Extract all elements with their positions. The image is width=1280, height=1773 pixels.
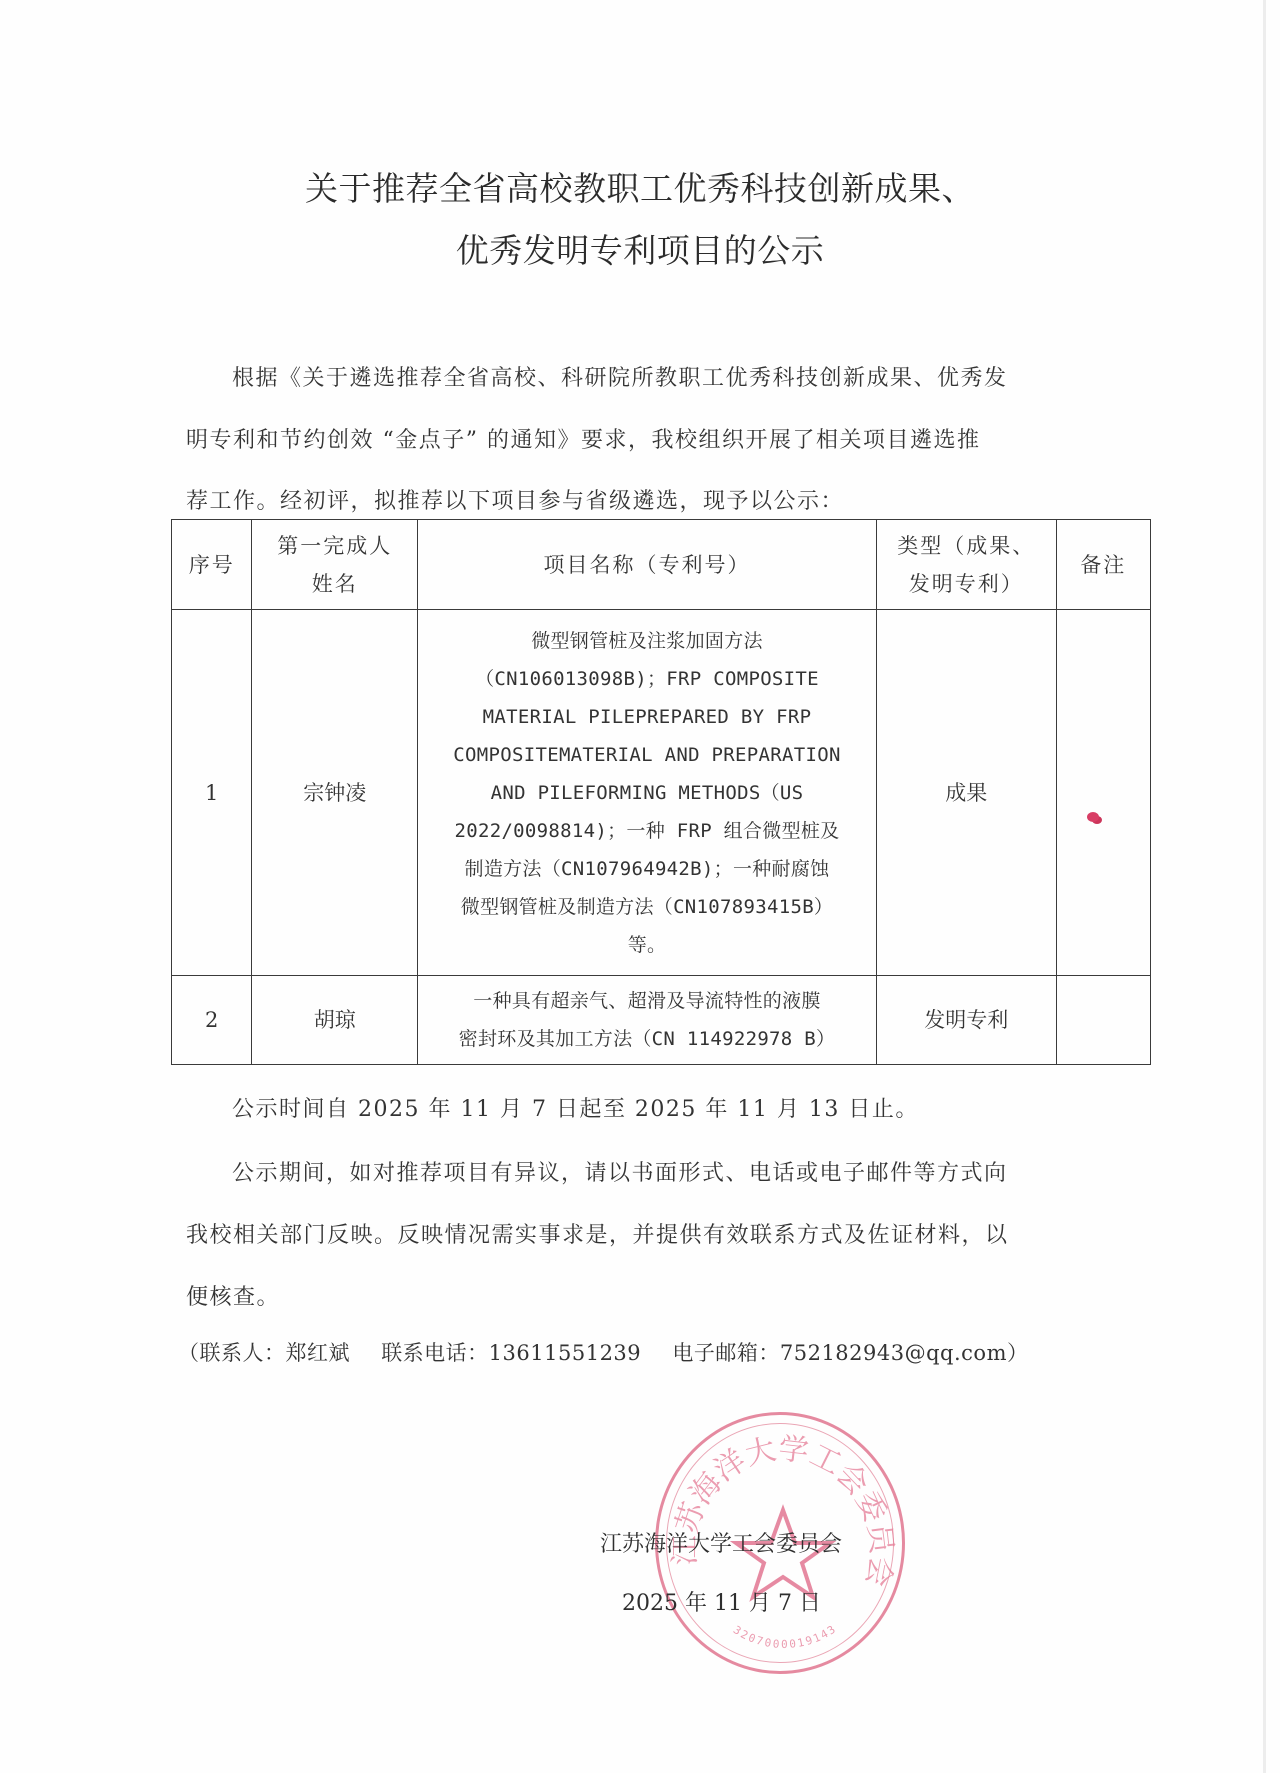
table-header-row: 序号 第一完成人 姓名 项目名称（专利号） 类型（成果、 发明专利） 备注 — [172, 520, 1151, 610]
header-project-title: 项目名称（专利号） — [418, 520, 877, 610]
table-row: 1 宗钟凌 微型钢管桩及注浆加固方法 （CN106013098B)；FRP CO… — [172, 610, 1151, 976]
header-type-line2: 发明专利） — [877, 565, 1056, 603]
row2-title-line: 一种具有超亲气、超滑及导流特性的液膜 — [430, 982, 864, 1020]
objection-line2: 我校相关部门反映。反映情况需实事求是，并提供有效联系方式及佐证材料，以 — [186, 1218, 1086, 1249]
contact-phone: 联系电话：13611551239 — [381, 1341, 641, 1365]
svg-text:3207000019143: 3207000019143 — [731, 1622, 840, 1651]
objection-line1: 公示期间，如对推荐项目有异议，请以书面形式、电话或电子邮件等方式向 — [232, 1156, 1132, 1187]
intro-paragraph-line3: 荐工作。经初评，拟推荐以下项目参与省级遴选，现予以公示： — [186, 484, 1086, 515]
row1-title-line: 微型钢管桩及注浆加固方法 — [430, 622, 864, 660]
row2-name: 胡琼 — [252, 976, 418, 1065]
header-first-author-line1: 第一完成人 — [252, 527, 417, 565]
row2-project-title: 一种具有超亲气、超滑及导流特性的液膜 密封环及其加工方法（CN 11492297… — [418, 976, 877, 1065]
row1-title-line: MATERIAL PILEPREPARED BY FRP — [430, 698, 864, 736]
row1-title-line: AND PILEFORMING METHODS（US — [430, 774, 864, 812]
row1-name: 宗钟凌 — [252, 610, 418, 976]
document-title-line1: 关于推荐全省高校教职工优秀科技创新成果、 — [0, 163, 1280, 210]
contact-email: 电子邮箱：752182943@qq.com） — [672, 1341, 1028, 1365]
row2-type: 发明专利 — [876, 976, 1056, 1065]
row1-title-line: 微型钢管桩及制造方法（CN107893415B） — [430, 888, 864, 926]
row1-title-line: 2022/0098814)；一种 FRP 组合微型桩及 — [430, 812, 864, 850]
row1-no: 1 — [172, 610, 252, 976]
row1-title-line: COMPOSITEMATERIAL AND PREPARATION — [430, 736, 864, 774]
header-first-author-line2: 姓名 — [252, 565, 417, 603]
intro-paragraph-line2: 明专利和节约创效 “金点子” 的通知》要求，我校组织开展了相关项目遴选推 — [186, 423, 1086, 454]
header-note: 备注 — [1056, 520, 1150, 610]
document-page: 关于推荐全省高校教职工优秀科技创新成果、 优秀发明专利项目的公示 根据《关于遴选… — [0, 0, 1280, 1773]
contact-person: （联系人：郑红斌 — [178, 1341, 350, 1365]
table-row: 2 胡琼 一种具有超亲气、超滑及导流特性的液膜 密封环及其加工方法（CN 114… — [172, 976, 1151, 1065]
signature-organization: 江苏海洋大学工会委员会 — [600, 1527, 842, 1558]
row1-project-title: 微型钢管桩及注浆加固方法 （CN106013098B)；FRP COMPOSIT… — [418, 610, 877, 976]
notice-period: 公示时间自 2025 年 11 月 7 日起至 2025 年 11 月 13 日… — [232, 1092, 1132, 1123]
row1-title-line: 等。 — [430, 926, 864, 964]
row1-title-line: 制造方法（CN107964942B)；一种耐腐蚀 — [430, 850, 864, 888]
row1-note — [1056, 610, 1150, 976]
seal-code: 3207000019143 — [731, 1622, 840, 1651]
contact-info: （联系人：郑红斌 联系电话：13611551239 电子邮箱：752182943… — [178, 1337, 1053, 1367]
header-first-author: 第一完成人 姓名 — [252, 520, 418, 610]
red-ink-mark — [1087, 812, 1099, 822]
document-title-line2: 优秀发明专利项目的公示 — [0, 225, 1280, 272]
signature-date: 2025 年 11 月 7 日 — [622, 1586, 821, 1617]
row2-title-line: 密封环及其加工方法（CN 114922978 B） — [430, 1020, 864, 1058]
intro-paragraph-line1: 根据《关于遴选推荐全省高校、科研院所教职工优秀科技创新成果、优秀发 — [232, 361, 1132, 392]
row1-title-line: （CN106013098B)；FRP COMPOSITE — [430, 660, 864, 698]
row2-note — [1056, 976, 1150, 1065]
row1-type: 成果 — [876, 610, 1056, 976]
header-type: 类型（成果、 发明专利） — [876, 520, 1056, 610]
header-no: 序号 — [172, 520, 252, 610]
project-table: 序号 第一完成人 姓名 项目名称（专利号） 类型（成果、 发明专利） 备注 1 … — [171, 519, 1151, 1065]
header-type-line1: 类型（成果、 — [877, 527, 1056, 565]
objection-line3: 便核查。 — [186, 1280, 1086, 1311]
row2-no: 2 — [172, 976, 252, 1065]
